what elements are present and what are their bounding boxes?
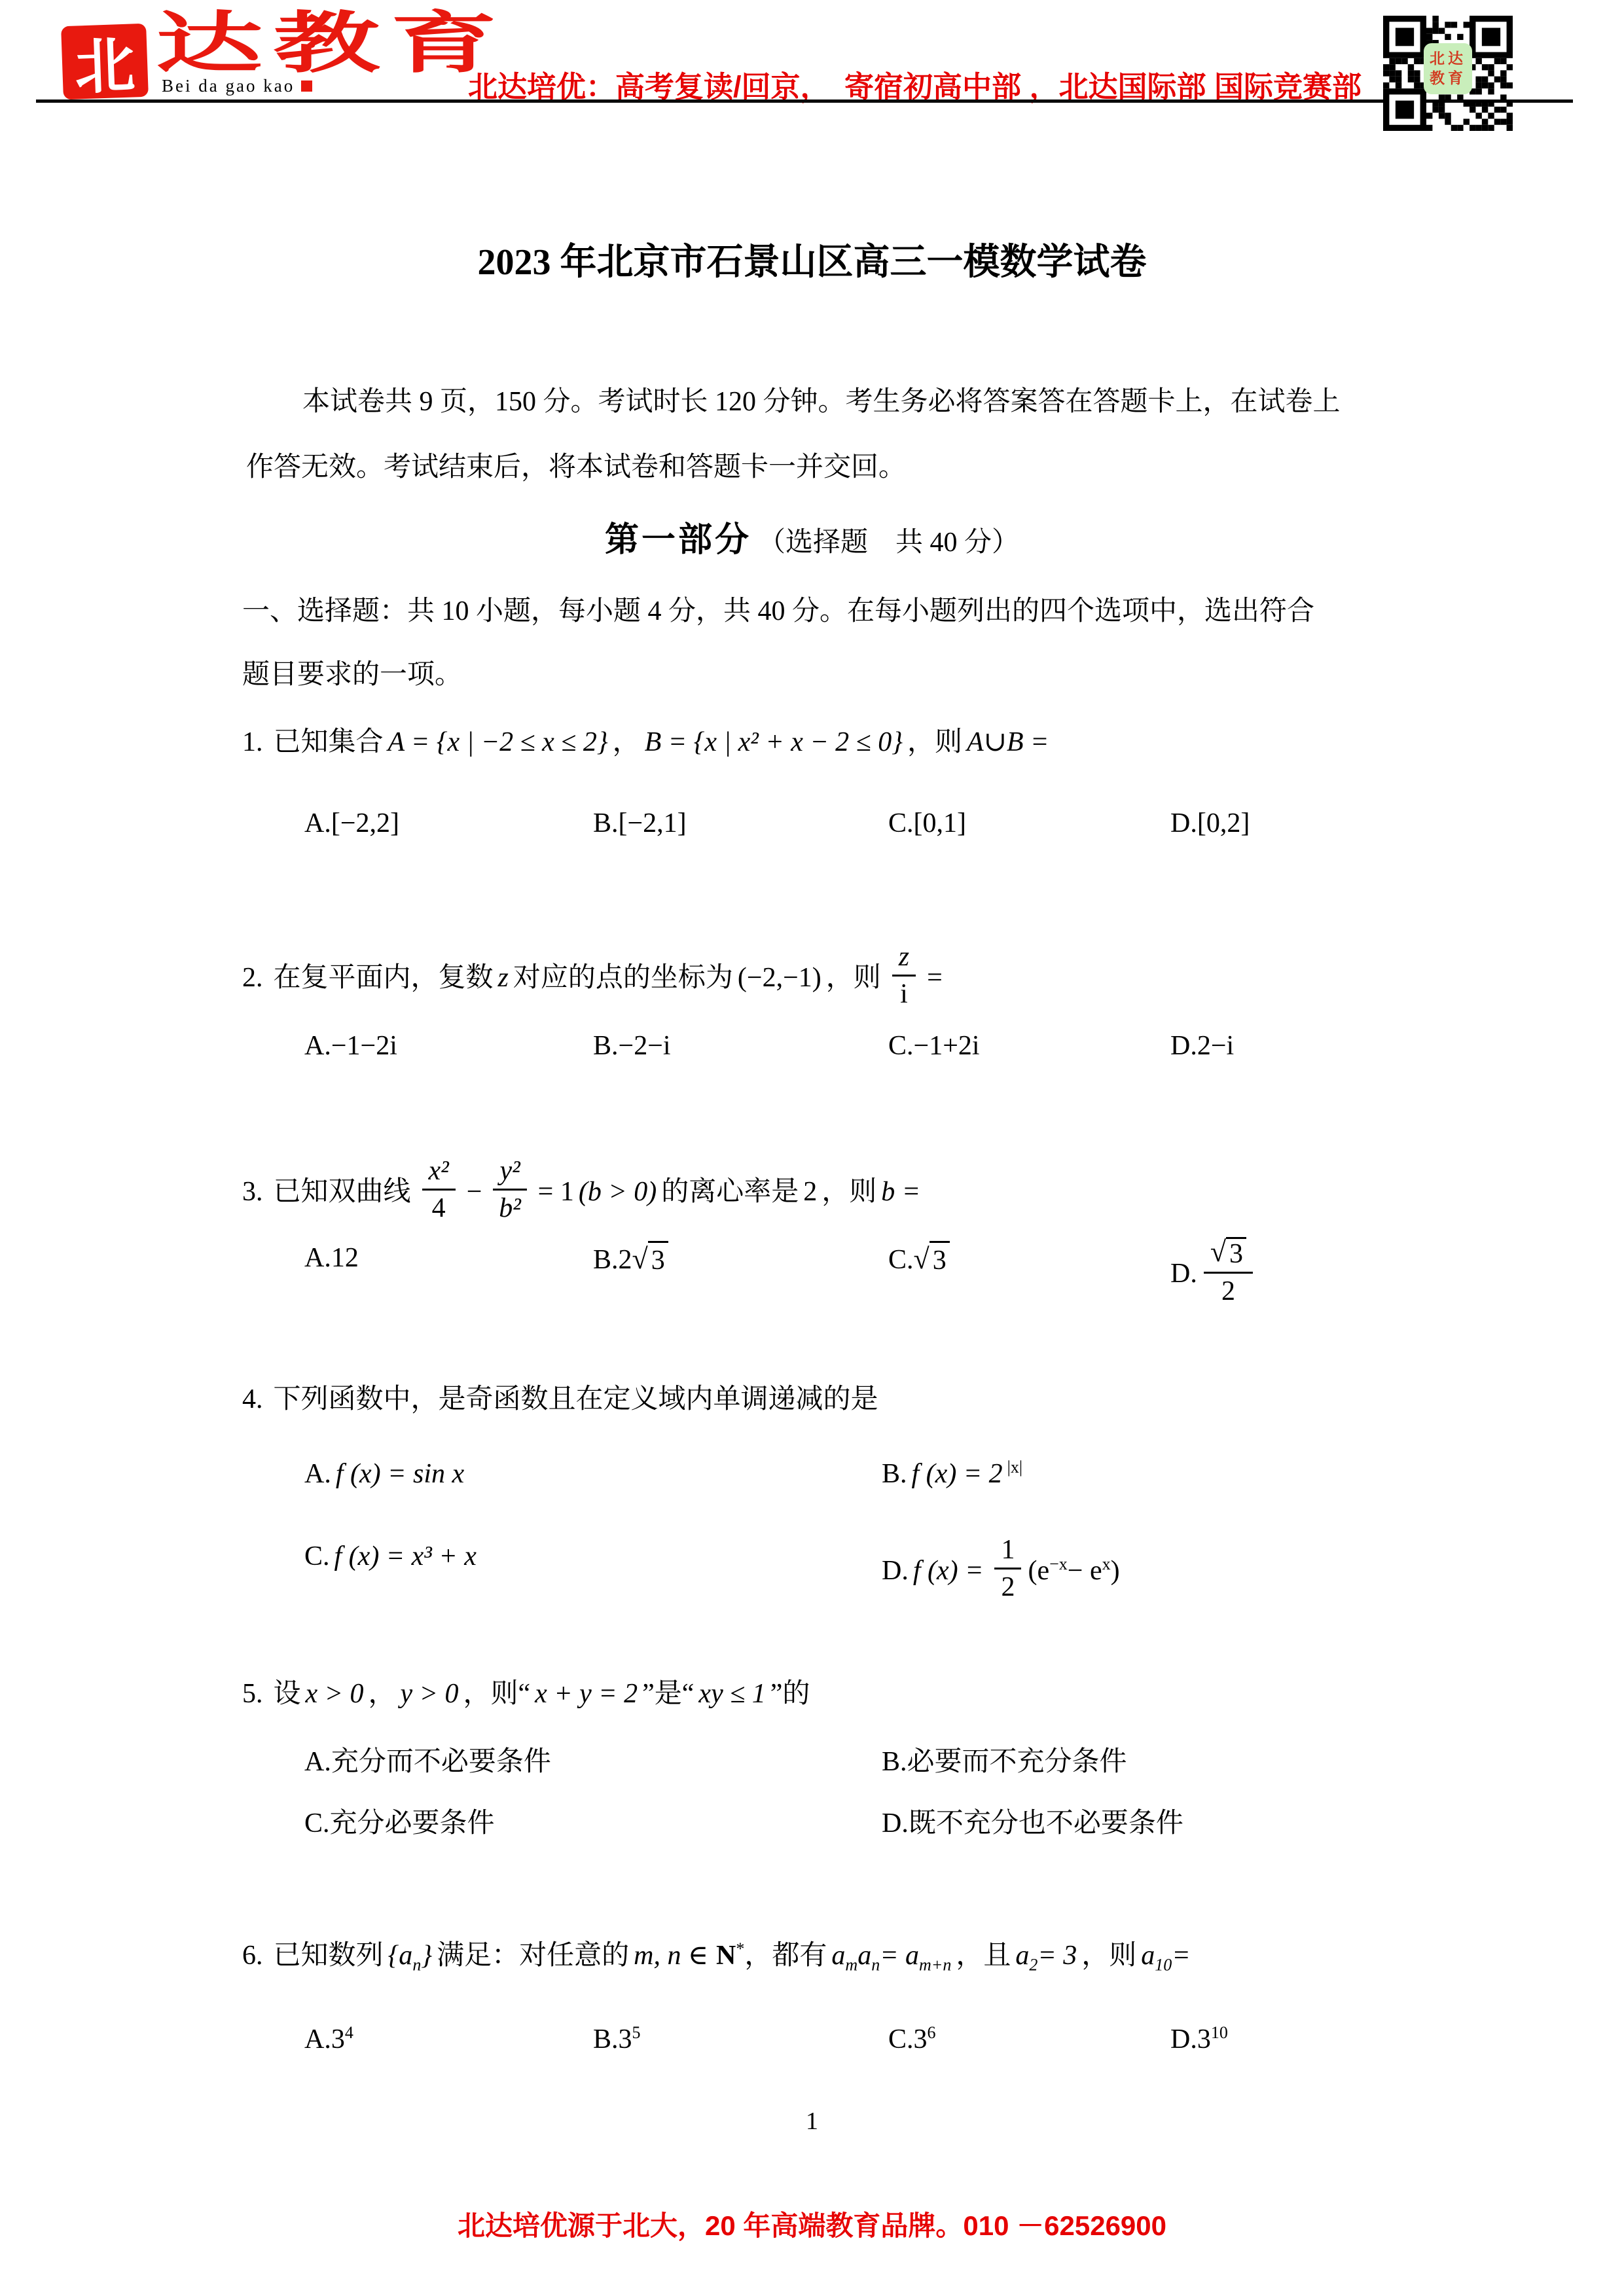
q3-fraction-x2-over-4: x²4 [418, 1155, 460, 1223]
q2-t3: ，则 [826, 963, 881, 993]
section-1-heading: 第一部分（选择题 共 40 分） [0, 519, 1624, 562]
question-4-option-a: A.f (x) = sin x [304, 1457, 469, 1492]
q3-fraction-y2-over-b2: y²b² [488, 1155, 531, 1223]
question-5-stem: 5.设x > 0，y > 0，则“x + y = 2”是“xy ≤ 1”的 [242, 1677, 810, 1712]
page-title: 2023 年北京市石景山区高三一模数学试卷 [0, 240, 1624, 285]
question-1-option-b: B.[−2,1] [593, 806, 687, 841]
question-4-number: 4. [242, 1384, 263, 1414]
question-2-option-b: B.−2−i [593, 1029, 671, 1064]
q6-t3: ，都有 [744, 1941, 827, 1971]
q2-equals: = [927, 963, 943, 993]
question-4-stem: 4.下列函数中，是奇函数且在定义域内单调递减的是 [242, 1382, 878, 1417]
logo-seal-char: 北 [73, 17, 137, 105]
q3-m2: (b > 0) [579, 1177, 657, 1207]
q4-fraction-1-over-2: 12 [994, 1534, 1021, 1602]
question-6-option-c: C.36 [888, 2022, 936, 2057]
question-1-number: 1. [242, 727, 263, 757]
question-2-number: 2. [242, 963, 263, 993]
question-5-option-b: B.必要而不充分条件 [882, 1745, 1127, 1780]
question-1-option-a: A.[−2,2] [304, 806, 399, 841]
q5-m1: x > 0 [306, 1679, 364, 1709]
q5-t3: ，则“ [463, 1679, 531, 1709]
question-5-number: 5. [242, 1679, 263, 1709]
question-6-stem: 6.已知数列{an}满足：对任意的m, n ∈N*，都有aman= am+n，且… [242, 1939, 1195, 1973]
question-6-number: 6. [242, 1941, 263, 1971]
q6-m5: a10= [1141, 1941, 1190, 1971]
q6-t5: ，则 [1081, 1941, 1136, 1971]
question-1-stem: 1.已知集合A = {x | −2 ≤ x ≤ 2}，B = {x | x² +… [242, 725, 1053, 760]
q1-m3: A∪B = [967, 727, 1049, 757]
sqrt-3: √3 [1210, 1237, 1246, 1268]
q1-t2: ， [613, 727, 640, 757]
q3-minus: − [467, 1177, 482, 1207]
question-5-option-c: C.充分必要条件 [304, 1806, 495, 1841]
q1-t1: 已知集合 [274, 727, 384, 757]
q6-t4: ，且 [956, 1941, 1011, 1971]
q5-t4: ”是“ [642, 1679, 694, 1709]
footer-banner: 北达培优源于北大，20 年高端教育品牌。010 －62526900 [0, 2209, 1624, 2244]
q6-set-N: N [716, 1941, 736, 1971]
q1-m2: B = {x | x² + x − 2 ≤ 0} [645, 727, 903, 757]
question-2-option-c: C.−1+2i [888, 1029, 980, 1064]
question-4-option-c: C.f (x) = x³ + x [304, 1539, 481, 1574]
question-3-option-a: A.12 [304, 1241, 359, 1276]
q3-m3: 2 [803, 1177, 817, 1207]
q6-t2: 满足：对任意的 [437, 1941, 629, 1971]
qr-code: 北达 教育 [1383, 16, 1513, 131]
instruction-line-2: 题目要求的一项。 [242, 658, 462, 692]
exam-page: 北 达教育 Bei da gao kao 北达培优：高考复读/回京， 寄宿初高中… [0, 0, 1624, 2296]
question-3-stem: 3.已知双曲线x²4−y²b²= 1(b > 0)的离心率是2，则b = [242, 1160, 925, 1228]
q5-m4: xy ≤ 1 [698, 1679, 765, 1709]
q3-m4: b = [881, 1177, 920, 1207]
question-6-option-a: A.34 [304, 2022, 353, 2057]
q6-m4: a2= 3 [1015, 1941, 1077, 1971]
q3-fraction-sqrt3-over-2: √32 [1204, 1236, 1253, 1306]
question-5-option-a: A.充分而不必要条件 [304, 1745, 551, 1780]
section-1-title: 第一部分 [605, 521, 751, 559]
question-2-stem: 2.在复平面内，复数z对应的点的坐标为(−2,−1)，则zi= [242, 946, 943, 1014]
q6-m2: m, n ∈ [634, 1941, 708, 1971]
q6-t1: 已知数列 [274, 1941, 384, 1971]
q3-t1: 已知双曲线 [274, 1177, 411, 1207]
q6-m1: {an} [388, 1941, 433, 1971]
intro-line-1: 本试卷共 9 页，150 分。考试时长 120 分钟。考生务必将答案答在答题卡上… [302, 385, 1341, 420]
q3-m1: = 1 [538, 1177, 574, 1207]
intro-line-2: 作答无效。考试结束后，将本试卷和答题卡一并交回。 [246, 450, 906, 485]
q2-t1: 在复平面内，复数 [274, 963, 494, 993]
page-number: 1 [0, 2106, 1624, 2138]
instruction-line-1: 一、选择题：共 10 小题，每小题 4 分，共 40 分。在每小题列出的四个选项… [242, 594, 1314, 629]
sqrt-3: √3 [632, 1241, 668, 1278]
sqrt-3: √3 [914, 1241, 950, 1278]
q5-t2: ， [369, 1679, 396, 1709]
question-1-option-c: C.[0,1] [888, 806, 966, 841]
q3-t3: ，则 [821, 1177, 876, 1207]
question-3-option-c: C.√3 [888, 1241, 950, 1278]
q5-t5: ”的 [770, 1679, 810, 1709]
question-1-option-d: D.[0,2] [1170, 806, 1250, 841]
question-3-option-b: B.2√3 [593, 1241, 668, 1278]
section-1-note: （选择题 共 40 分） [758, 528, 1019, 558]
q6-N-star: * [736, 1939, 744, 1958]
question-3-option-d: D.√32 [1170, 1241, 1259, 1311]
q2-t2: 对应的点的坐标为 [513, 963, 733, 993]
q5-m2: y > 0 [401, 1679, 459, 1709]
logo-seal: 北 [61, 24, 149, 99]
question-2-option-d: D.2−i [1170, 1029, 1234, 1064]
q5-m3: x + y = 2 [535, 1679, 638, 1709]
logo-red-square [301, 81, 312, 92]
logo-subtitle: Bei da gao kao [162, 76, 312, 96]
question-3-number: 3. [242, 1177, 263, 1207]
q5-t1: 设 [274, 1679, 301, 1709]
question-6-option-d: D.310 [1170, 2022, 1228, 2057]
q6-m3: aman= am+n [831, 1941, 951, 1971]
question-4-option-b: B.f (x) = 2|x| [882, 1457, 1022, 1492]
qr-center-label: 北达 教育 [1424, 43, 1472, 94]
q2-m1: z [498, 963, 509, 993]
question-4-option-d: D.f (x) =12(e−x− ex) [882, 1539, 1120, 1607]
q2-m2: (−2,−1) [738, 963, 821, 993]
question-6-option-b: B.35 [593, 2022, 641, 2057]
q1-m1: A = {x | −2 ≤ x ≤ 2} [388, 727, 608, 757]
question-2-option-a: A.−1−2i [304, 1029, 397, 1064]
q2-fraction-z-over-i: zi [888, 941, 920, 1009]
logo-brand-name: 达教育 [156, 9, 508, 79]
q3-t2: 的离心率是 [661, 1177, 799, 1207]
header-rule [36, 99, 1573, 103]
question-5-option-d: D.既不充分也不必要条件 [882, 1806, 1183, 1841]
q1-t3: ，则 [907, 727, 962, 757]
q4-t1: 下列函数中，是奇函数且在定义域内单调递减的是 [274, 1384, 878, 1414]
